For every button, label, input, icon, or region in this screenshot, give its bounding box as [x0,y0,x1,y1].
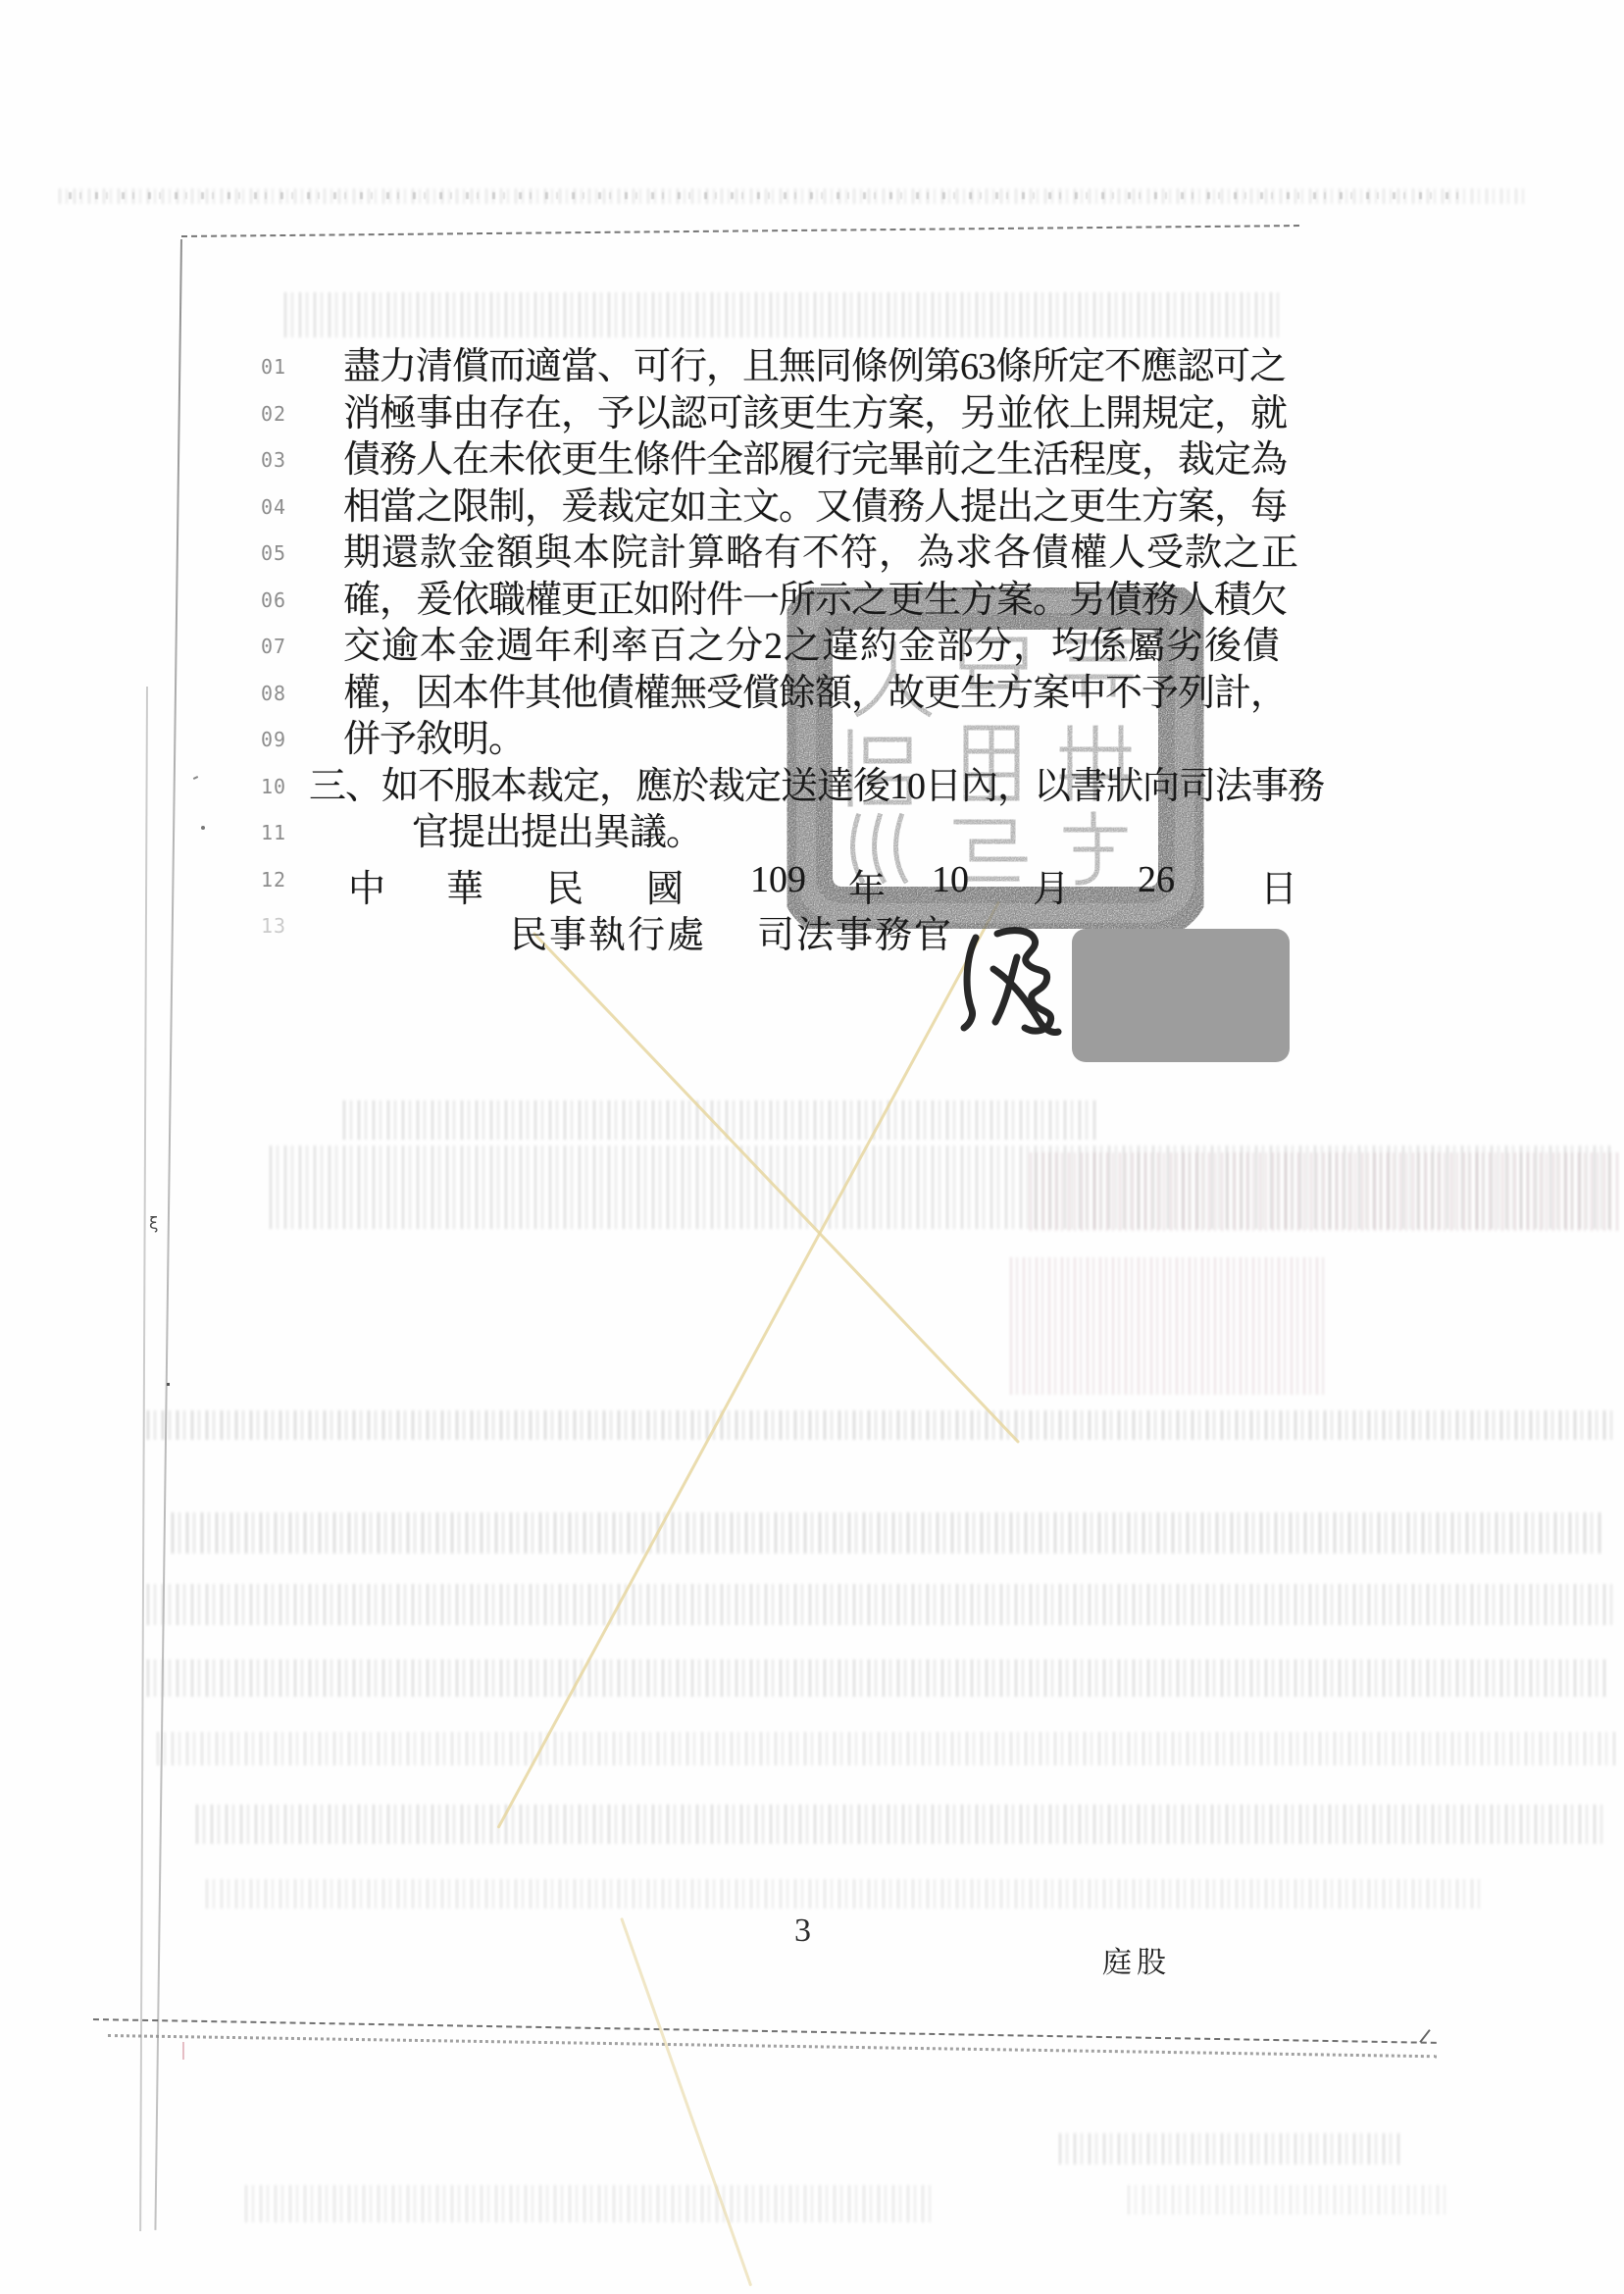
stray-dot [167,1383,170,1386]
line-number: 02 [261,402,294,426]
scanned-court-document-page: ξ [0,0,1624,2294]
body-line: 期還款金額與本院計算略有不符，為求各債權人受款之正 [343,532,1299,575]
pink-scan-mark [182,2042,184,2060]
bleedthrough-band [1010,1257,1324,1395]
bleedthrough-band [147,1584,1618,1625]
paper-left-edge-underlying [139,687,147,2231]
stray-mark: ξ [149,1214,158,1234]
officer-title: 司法事務官 [757,904,953,958]
line-number: 06 [261,588,294,612]
item3-line: 官提出提出異議。 [412,811,702,854]
bleedthrough-band [1128,2185,1451,2215]
line-number: 04 [261,495,294,519]
bleedthrough-band [157,1732,1618,1765]
page-number: 3 [794,1912,811,1950]
body-line: 併予敘明。 [343,718,525,761]
handwritten-signature [954,924,1064,1044]
paper-top-edge [181,225,1299,237]
date-char: 月 [1033,858,1070,912]
date-char: 日 [1260,858,1297,912]
date-day-value: 26 [1138,858,1175,901]
fold-crease [620,1917,752,2286]
line-number: 07 [261,635,294,658]
body-line: 確，爰依職權更正如附件一所示之更生方案。另債務人積欠 [343,579,1287,622]
court-division-label: 庭股 [1102,1938,1171,1981]
bleedthrough-band [196,1805,1608,1844]
bleedthrough-band [172,1512,1603,1554]
scan-noise-line [69,192,1471,199]
bleedthrough-band [284,292,1285,337]
bleedthrough-band [147,1410,1618,1440]
bleedthrough-band [343,1100,1098,1140]
line-number: 10 [261,775,294,798]
date-month-value: 10 [932,858,969,901]
line-number: 11 [261,821,294,844]
body-line: 消極事由存在，予以認可該更生方案，另並依上開規定，就 [343,392,1287,435]
stray-tick [193,776,198,780]
date-char: 華 [446,858,483,912]
line-number: 09 [261,728,294,751]
body-line: 交逾本金週年利率百之分2之違約金部分，均係屬劣後債 [343,625,1281,668]
officer-division: 民事執行處 [510,904,706,958]
bleedthrough-band [1059,2133,1402,2165]
bleedthrough-band [1030,1152,1618,1231]
bleedthrough-band [206,1879,1481,1909]
line-number: 13 [261,914,294,938]
bleedthrough-band [245,2185,932,2222]
line-number: 08 [261,682,294,705]
bleedthrough-band [147,1659,1608,1697]
date-char: 中 [348,858,385,912]
redaction-box [1072,929,1290,1062]
item3-line: 三、如不服本裁定，應於裁定送達後10日內，以書狀向司法事務 [309,765,1324,808]
paper-bottom-edge [93,2018,1437,2044]
body-line: 債務人在未依更生條件全部履行完畢前之生活程度，裁定為 [343,438,1287,482]
body-line: 相當之限制，爰裁定如主文。又債務人提出之更生方案，每 [343,485,1287,529]
line-number: 03 [261,448,294,472]
line-number: 05 [261,541,294,565]
date-year-value: 109 [750,858,806,901]
body-line: 盡力清償而適當、可行，且無同條例第63條所定不應認可之 [343,345,1286,388]
body-line: 權，因本件其他債權無受償餘額，故更生方案中不予列計， [343,672,1287,715]
line-number: 12 [261,868,294,892]
line-number: 01 [261,355,294,379]
stray-dot [201,826,205,830]
paper-left-edge [154,239,182,2230]
